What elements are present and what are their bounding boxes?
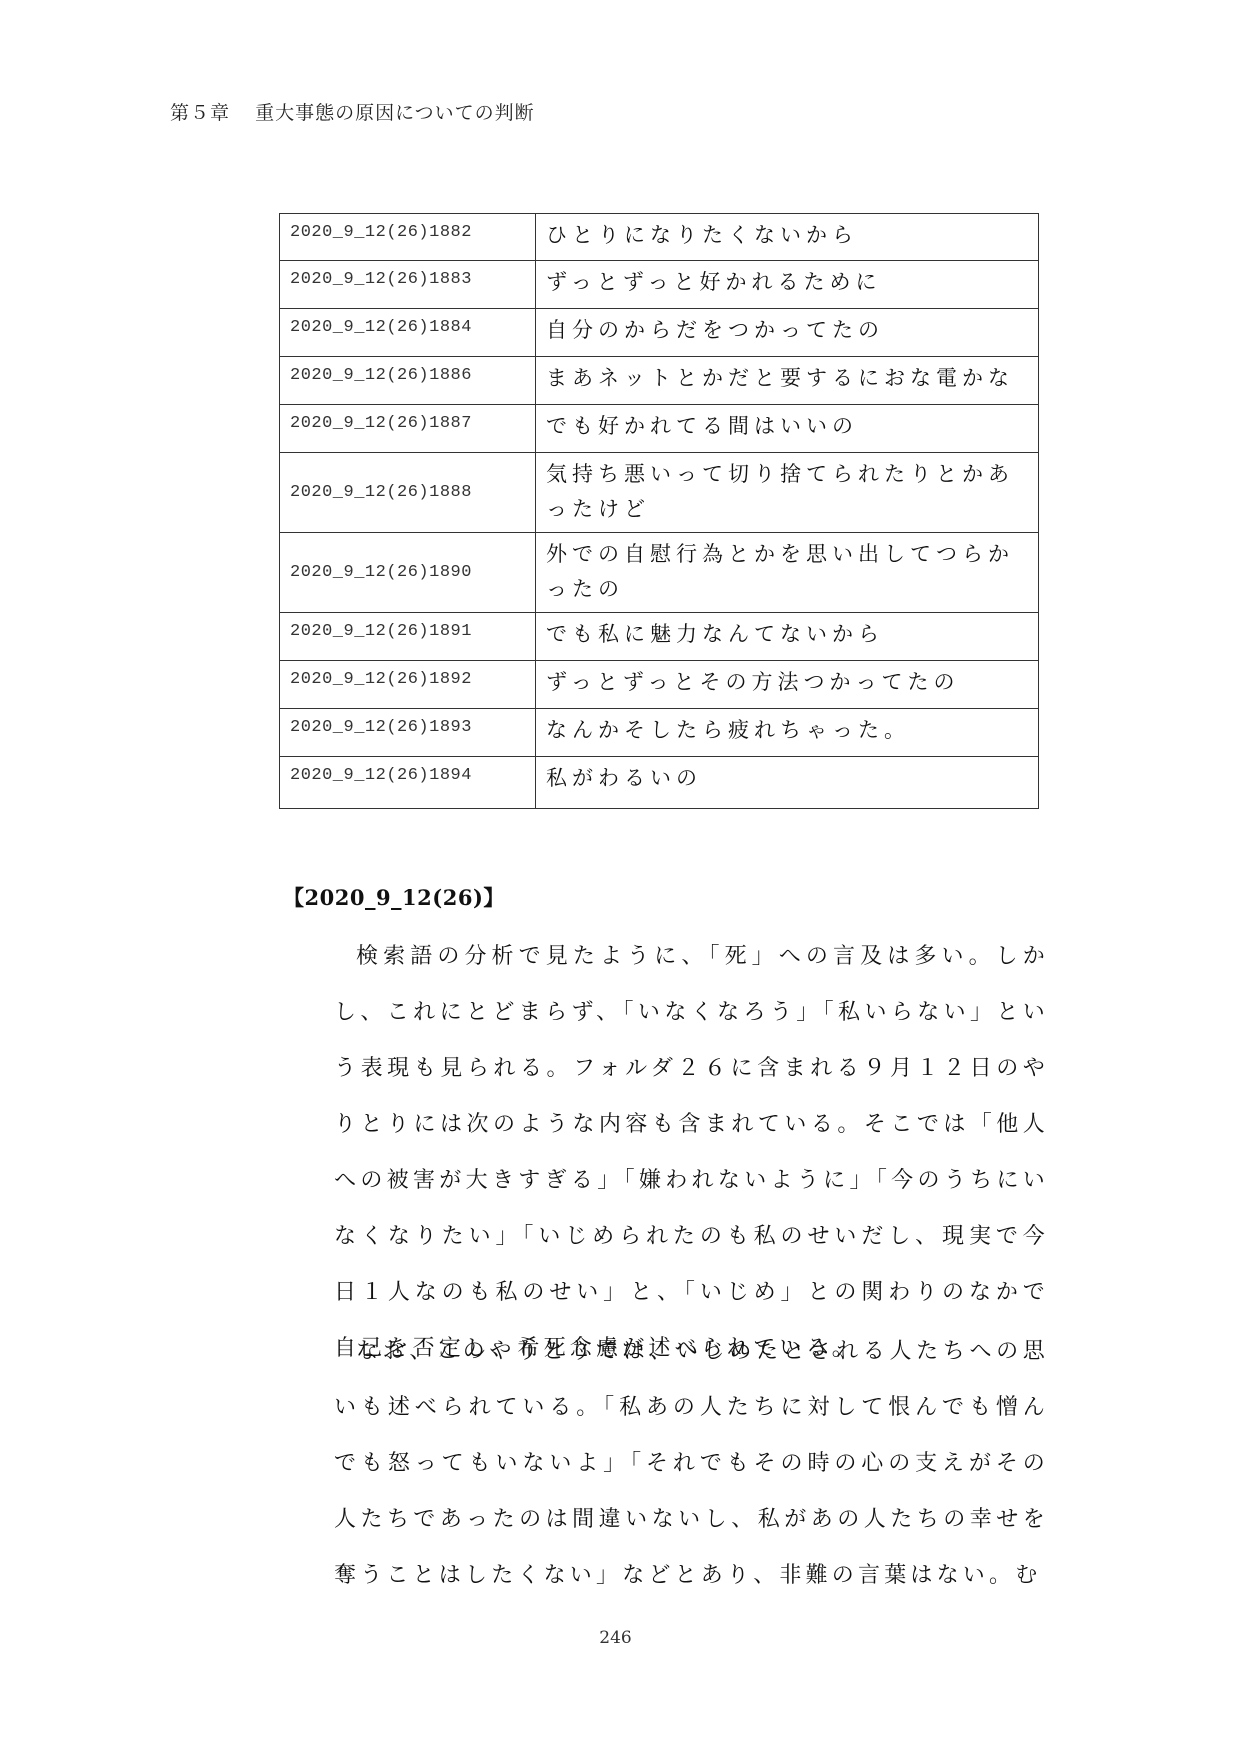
message-text: ひとりになりたくないから — [536, 214, 1039, 261]
table-row: 2020_9_12(26)1890 外での自慰行為とかを思い出してつらかったの — [280, 533, 1039, 613]
message-id: 2020_9_12(26)1893 — [280, 709, 536, 757]
message-id: 2020_9_12(26)1884 — [280, 309, 536, 357]
message-id: 2020_9_12(26)1887 — [280, 405, 536, 453]
message-text: まあネットとかだと要するにおな電かな — [536, 357, 1039, 405]
message-id: 2020_9_12(26)1886 — [280, 357, 536, 405]
table-row: 2020_9_12(26)1892 ずっとずっとその方法つかってたの — [280, 661, 1039, 709]
table-row: 2020_9_12(26)1893 なんかそしたら疲れちゃった。 — [280, 709, 1039, 757]
message-text: なんかそしたら疲れちゃった。 — [536, 709, 1039, 757]
message-id: 2020_9_12(26)1883 — [280, 261, 536, 309]
message-log-table: 2020_9_12(26)1882 ひとりになりたくないから 2020_9_12… — [279, 213, 1039, 809]
running-header: 第５章 重大事態の原因についての判断 — [170, 98, 535, 125]
message-id: 2020_9_12(26)1892 — [280, 661, 536, 709]
table-row: 2020_9_12(26)1886 まあネットとかだと要するにおな電かな — [280, 357, 1039, 405]
message-text: ずっとずっとその方法つかってたの — [536, 661, 1039, 709]
message-text: ずっとずっと好かれるために — [536, 261, 1039, 309]
message-id: 2020_9_12(26)1891 — [280, 613, 536, 661]
table-row: 2020_9_12(26)1882 ひとりになりたくないから — [280, 214, 1039, 261]
message-text: 気持ち悪いって切り捨てられたりとかあったけど — [536, 453, 1039, 533]
paragraph-text: 検索語の分析で見たように、「死」への言及は多い。しかし、これにとどまらず、「いな… — [334, 929, 1049, 1377]
section-heading: 【2020_9_12(26)】 — [283, 882, 505, 912]
chapter-title: 重大事態の原因についての判断 — [255, 102, 535, 124]
message-id: 2020_9_12(26)1890 — [280, 533, 536, 613]
message-text: 外での自慰行為とかを思い出してつらかったの — [536, 533, 1039, 613]
table-row: 2020_9_12(26)1887 でも好かれてる間はいいの — [280, 405, 1039, 453]
paragraph-text: なお、このやりとりでは、いじめたとされる人たちへの思いも述べられている。「私あの… — [334, 1324, 1049, 1604]
table-row: 2020_9_12(26)1888 気持ち悪いって切り捨てられたりとかあったけど — [280, 453, 1039, 533]
page-number: 246 — [0, 1628, 1239, 1648]
table-row: 2020_9_12(26)1883 ずっとずっと好かれるために — [280, 261, 1039, 309]
message-text: でも私に魅力なんてないから — [536, 613, 1039, 661]
message-id: 2020_9_12(26)1888 — [280, 453, 536, 533]
message-text: でも好かれてる間はいいの — [536, 405, 1039, 453]
table-row: 2020_9_12(26)1884 自分のからだをつかってたの — [280, 309, 1039, 357]
message-text: 私がわるいの — [536, 757, 1039, 809]
table-row: 2020_9_12(26)1891 でも私に魅力なんてないから — [280, 613, 1039, 661]
body-paragraph-2: なお、このやりとりでは、いじめたとされる人たちへの思いも述べられている。「私あの… — [334, 1324, 1049, 1604]
message-id: 2020_9_12(26)1882 — [280, 214, 536, 261]
chapter-label: 第５章 — [170, 102, 230, 124]
message-text: 自分のからだをつかってたの — [536, 309, 1039, 357]
body-paragraph-1: 検索語の分析で見たように、「死」への言及は多い。しかし、これにとどまらず、「いな… — [334, 929, 1049, 1377]
message-id: 2020_9_12(26)1894 — [280, 757, 536, 809]
page-number-text: 246 — [599, 1628, 631, 1648]
table-row: 2020_9_12(26)1894 私がわるいの — [280, 757, 1039, 809]
